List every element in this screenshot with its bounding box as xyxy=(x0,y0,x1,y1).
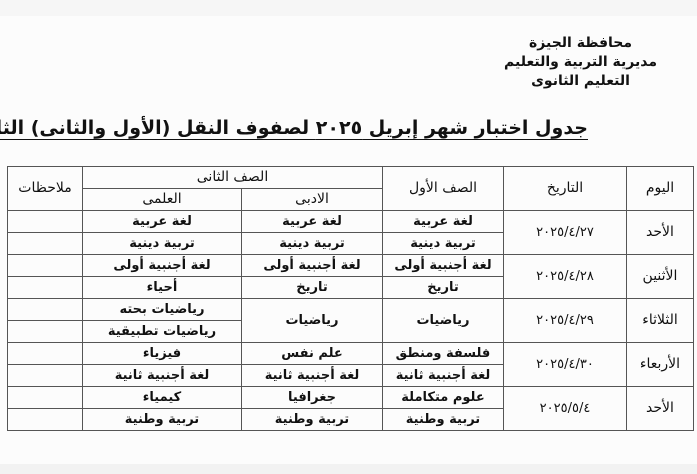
literary-subject: لغة أجنبية أولى xyxy=(242,255,383,277)
literary-subject: جغرافيا xyxy=(242,387,383,409)
table-row: الأحد ٢٠٢٥/٤/٢٧ لغة عربية لغة عربية لغة … xyxy=(8,211,694,233)
top-band xyxy=(0,0,697,16)
grade1-subject: لغة أجنبية أولى xyxy=(383,255,504,277)
scientific-subject: لغة أجنبية ثانية xyxy=(83,365,242,387)
day-cell: الأحد xyxy=(627,211,694,255)
col-header-date: التاريخ xyxy=(504,167,627,211)
day-cell: الثلاثاء xyxy=(627,299,694,343)
col-header-day: اليوم xyxy=(627,167,694,211)
literary-subject: تربية دينية xyxy=(242,233,383,255)
date-cell: ٢٠٢٥/٤/٢٧ xyxy=(504,211,627,255)
literary-subject: لغة أجنبية ثانية xyxy=(242,365,383,387)
day-cell: الأحد xyxy=(627,387,694,431)
table-row: الأربعاء ٢٠٢٥/٤/٣٠ فلسفة ومنطق علم نفس ف… xyxy=(8,343,694,365)
notes-cell xyxy=(8,343,83,365)
scientific-subject: كيمياء xyxy=(83,387,242,409)
grade1-subject: علوم متكاملة xyxy=(383,387,504,409)
literary-subject: تربية وطنية xyxy=(242,409,383,431)
notes-cell xyxy=(8,321,83,343)
scientific-subject: رياضيات تطبيقية xyxy=(83,321,242,343)
scientific-subject: فيزياء xyxy=(83,343,242,365)
literary-subject: علم نفس xyxy=(242,343,383,365)
notes-cell xyxy=(8,299,83,321)
governorate-label: محافظة الجيزة xyxy=(504,34,657,53)
grade1-subject: تاريخ xyxy=(383,277,504,299)
grade1-subject: لغة عربية xyxy=(383,211,504,233)
notes-cell xyxy=(8,365,83,387)
literary-subject: رياضيات xyxy=(242,299,383,343)
notes-cell xyxy=(8,387,83,409)
grade1-subject: تربية دينية xyxy=(383,233,504,255)
day-cell: الأثنين xyxy=(627,255,694,299)
notes-cell xyxy=(8,277,83,299)
scientific-subject: أحياء xyxy=(83,277,242,299)
table-row: الأحد ٢٠٢٥/٥/٤ علوم متكاملة جغرافيا كيمي… xyxy=(8,387,694,409)
exam-schedule-table: اليوم التاريخ الصف الأول الصف الثانى ملا… xyxy=(7,166,694,431)
literary-subject: لغة عربية xyxy=(242,211,383,233)
document-header: محافظة الجيزة مديرية التربية والتعليم ال… xyxy=(504,34,657,91)
day-cell: الأربعاء xyxy=(627,343,694,387)
notes-cell xyxy=(8,211,83,233)
header-row-1: اليوم التاريخ الصف الأول الصف الثانى ملا… xyxy=(8,167,694,189)
scientific-subject: تربية وطنية xyxy=(83,409,242,431)
notes-cell xyxy=(8,255,83,277)
table-row: الأثنين ٢٠٢٥/٤/٢٨ لغة أجنبية أولى لغة أج… xyxy=(8,255,694,277)
col-header-grade1: الصف الأول xyxy=(383,167,504,211)
department-label: التعليم الثانوى xyxy=(504,72,657,91)
grade1-subject: فلسفة ومنطق xyxy=(383,343,504,365)
col-header-scientific: العلمى xyxy=(83,189,242,211)
grade1-subject: رياضيات xyxy=(383,299,504,343)
date-cell: ٢٠٢٥/٥/٤ xyxy=(504,387,627,431)
literary-subject: تاريخ xyxy=(242,277,383,299)
col-header-notes: ملاحظات xyxy=(8,167,83,211)
col-header-grade2: الصف الثانى xyxy=(83,167,383,189)
notes-cell xyxy=(8,233,83,255)
notes-cell xyxy=(8,409,83,431)
scientific-subject: لغة أجنبية أولى xyxy=(83,255,242,277)
grade1-subject: لغة أجنبية ثانية xyxy=(383,365,504,387)
scientific-subject: تربية دينية xyxy=(83,233,242,255)
date-cell: ٢٠٢٥/٤/٢٨ xyxy=(504,255,627,299)
directorate-label: مديرية التربية والتعليم xyxy=(504,53,657,72)
date-cell: ٢٠٢٥/٤/٢٩ xyxy=(504,299,627,343)
grade1-subject: تربية وطنية xyxy=(383,409,504,431)
scientific-subject: لغة عربية xyxy=(83,211,242,233)
date-cell: ٢٠٢٥/٤/٣٠ xyxy=(504,343,627,387)
col-header-literary: الادبى xyxy=(242,189,383,211)
scientific-subject: رياضيات بحته xyxy=(83,299,242,321)
table-row: الثلاثاء ٢٠٢٥/٤/٢٩ رياضيات رياضيات رياضي… xyxy=(8,299,694,321)
page-title: جدول اختبار شهر إبريل ٢٠٢٥ لصفوف النقل (… xyxy=(118,117,588,139)
